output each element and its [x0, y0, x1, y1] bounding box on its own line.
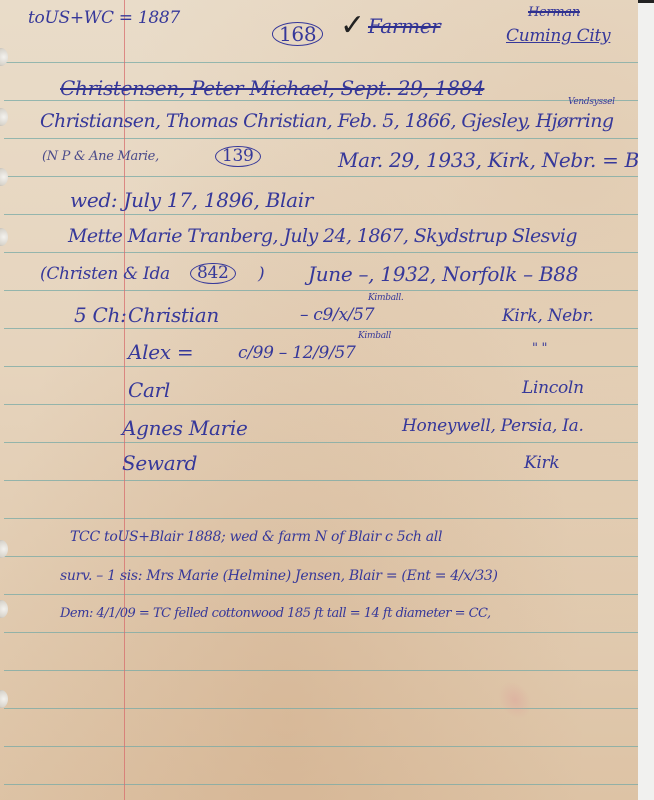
notes-line-1: TCC toUS+Blair 1888; wed & farm N of Bla…: [70, 530, 442, 544]
notes-line-2: surv. – 1 sis: Mrs Marie (Helmine) Jense…: [60, 569, 498, 583]
notebook-page: toUS+WC = 1887 168 ✓ Farmer Herman Cumin…: [0, 0, 638, 800]
ruled-line: [4, 100, 638, 101]
spouse-name-line: Mette Marie Tranberg, July 24, 1867, Sky…: [68, 227, 577, 246]
punch-hole: [0, 108, 8, 126]
place-struck: Herman: [528, 6, 580, 19]
place: Cuming City: [506, 28, 610, 45]
scan-background-strip: [638, 0, 654, 800]
birthplace-superscript: Vendsyssel: [568, 98, 615, 107]
record-number: 168: [272, 22, 323, 46]
ruled-line: [4, 214, 638, 215]
ruled-line: [4, 176, 638, 177]
child-superscript: Kimball.: [368, 294, 403, 303]
ruled-line: [4, 328, 638, 329]
spouse-parents-record-number: 842: [190, 263, 236, 284]
children-label: 5 Ch:: [74, 305, 127, 325]
ruled-line: [4, 442, 638, 443]
spouse-death-line: June –, 1932, Norfolk – B88: [308, 264, 578, 284]
child-name: Seward: [122, 453, 197, 473]
parents-record-circle: 139: [215, 146, 261, 167]
struck-entry: Christensen, Peter Michael, Sept. 29, 18…: [60, 78, 484, 98]
ruled-line: [4, 404, 638, 405]
spouse-parents-suffix: ): [258, 266, 264, 283]
check-mark-icon: ✓: [340, 8, 365, 43]
punch-hole: [0, 228, 8, 246]
primary-person-death-line: Mar. 29, 1933, Kirk, Nebr. = B88: [338, 150, 654, 170]
paper-stain: [492, 675, 538, 725]
ruled-line: [4, 290, 638, 291]
spouse-parents-prefix: (Christen & Ida: [40, 266, 170, 283]
child-name: Alex =: [128, 342, 193, 362]
ruled-line: [4, 632, 638, 633]
ruled-line: [4, 708, 638, 709]
ruled-line: [4, 670, 638, 671]
child-place: " ": [532, 342, 547, 355]
child-dates: c/99 – 12/9/57: [238, 345, 356, 362]
child-place: Kirk, Nebr.: [502, 308, 594, 325]
ruled-line: [4, 746, 638, 747]
child-name: Christian: [128, 305, 219, 325]
parents-record-number: 139: [215, 146, 261, 167]
marriage-line: wed: July 17, 1896, Blair: [70, 190, 313, 210]
ruled-line: [4, 594, 638, 595]
child-dates: – c9/x/57: [300, 307, 374, 324]
occupation-struck: Farmer: [368, 16, 441, 36]
notes-line-3: Dem: 4/1/09 = TC felled cottonwood 185 f…: [60, 607, 491, 620]
child-superscript: Kimball: [358, 332, 391, 341]
primary-person-parents: (N P & Ane Marie,: [42, 150, 159, 163]
punch-hole: [0, 168, 8, 186]
child-place: Kirk: [524, 455, 559, 472]
ruled-line: [4, 252, 638, 253]
child-name: Agnes Marie: [122, 418, 247, 438]
immigration-note: toUS+WC = 1887: [28, 10, 180, 27]
scan-edge: [638, 0, 654, 3]
ruled-line: [4, 480, 638, 481]
ruled-line: [4, 62, 638, 63]
ruled-line: [4, 366, 638, 367]
ruled-line: [4, 556, 638, 557]
spouse-parents-record-circle: 842: [190, 263, 236, 284]
punch-hole: [0, 600, 8, 618]
ruled-line: [4, 138, 638, 139]
primary-person-name-line: Christiansen, Thomas Christian, Feb. 5, …: [40, 112, 613, 131]
ruled-line: [4, 784, 638, 785]
child-place: Lincoln: [522, 380, 584, 397]
punch-hole: [0, 48, 8, 66]
record-number-circle: 168: [272, 22, 323, 46]
punch-hole: [0, 690, 8, 708]
child-name: Carl: [128, 380, 170, 400]
ruled-line: [4, 518, 638, 519]
child-place: Honeywell, Persia, Ia.: [402, 418, 584, 435]
